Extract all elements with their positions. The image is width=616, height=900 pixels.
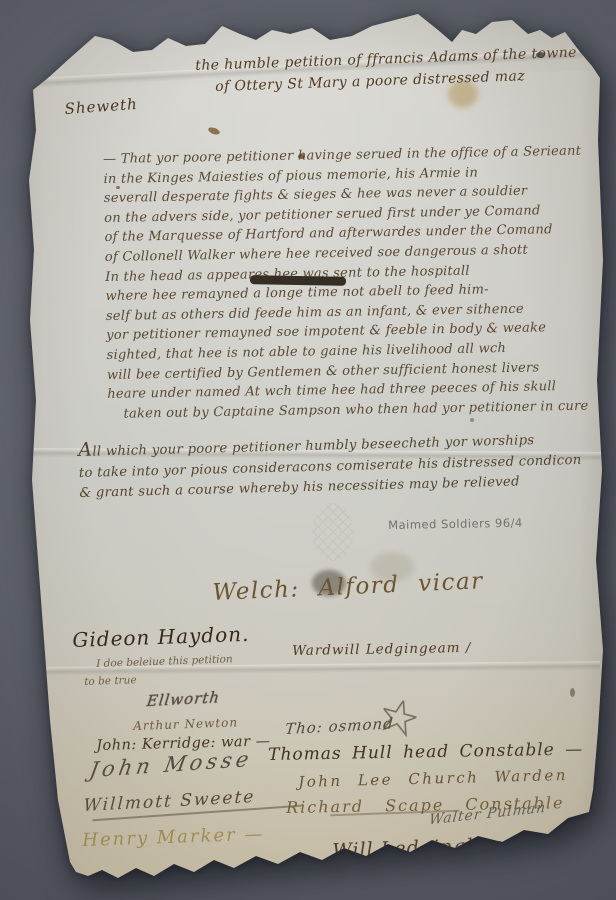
signature-will-ledgingham: Will Ledgingham /-: [332, 833, 533, 862]
ink-speck: [470, 418, 474, 422]
signature-arthur-newton: Arthur Newton: [133, 715, 238, 733]
salutation-sheweth: Sheweth: [64, 95, 138, 118]
archive-annotation: Maimed Soldiers 96/4: [388, 516, 523, 532]
petition-body: — That yor poore petitioner havinge seru…: [103, 142, 589, 425]
attestation-line2: to be true: [84, 674, 137, 688]
signature-welch-alford-vicar: Welch: Alford vicar: [212, 568, 484, 606]
paper-watermark: [312, 503, 354, 561]
illegible-signature: Ellworth: [146, 688, 221, 710]
signature-henry-marker: Henry Marker —: [82, 824, 265, 851]
ink-speck: [207, 126, 220, 136]
ink-speck: [570, 688, 575, 697]
attestation-line1: I doe beleiue this petition: [96, 653, 233, 670]
signature-wardens-note: Wardwill Ledgingeam /: [292, 640, 471, 659]
signature-willmott-sweete: Willmott Sweete: [83, 787, 256, 816]
manuscript-paper: the humble petition of ffrancis Adams of…: [0, 0, 616, 900]
petition-heading-line2: of Ottery St Mary a poore distressed maz: [215, 68, 525, 95]
petition-closing: All which your poore petitioner humbly b…: [78, 427, 582, 505]
signature-john-lee-churchwarden: John Lee Church Warden: [298, 766, 568, 791]
signature-gideon-haydon: Gideon Haydon.: [72, 622, 250, 652]
photo-background: the humble petition of ffrancis Adams of…: [0, 0, 616, 900]
signature-thomas-hull-constable: Thomas Hull head Constable —: [268, 740, 583, 765]
paper-shadow: the humble petition of ffrancis Adams of…: [0, 0, 616, 900]
